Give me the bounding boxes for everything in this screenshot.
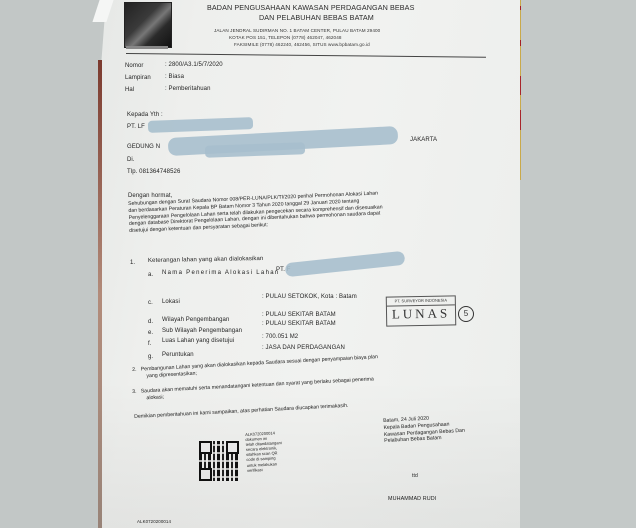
meta-value-hal: : Pemberitahuan — [165, 86, 211, 92]
item-c-key: c. — [148, 300, 153, 306]
item-e-label: Sub Wilayah Pengembangan — [162, 328, 242, 334]
org-name-line1: BADAN PENGUSAHAAN KAWASAN PERDAGANGAN BE… — [207, 3, 414, 12]
address-line3: FAKSIMILE (0778) 462240, 462456, SITUS w… — [234, 42, 370, 47]
background-right — [520, 0, 636, 528]
org-name-line2: DAN PELABUHAN BEBAS BATAM — [259, 13, 374, 22]
item-e-key: e. — [148, 330, 153, 336]
item-f-value: : 700.051 M2 — [262, 334, 298, 340]
item-g-label: Peruntukan — [162, 352, 194, 358]
item-d-key: d. — [148, 319, 153, 325]
recipient-phone: Tlp. 081364748526 — [127, 169, 180, 175]
section2-number: 2. — [132, 367, 137, 373]
item-g-key: g. — [148, 354, 153, 360]
meta-value-nomor: : 2800/A3.1/5/7/2020 — [165, 62, 223, 68]
recipient-to: Kepada Yth : — [127, 112, 163, 118]
item-f-key: f. — [148, 341, 152, 347]
paper-edge-shadow — [98, 60, 102, 528]
item-a-label: Nama Penerima Alokasi Lahan — [162, 270, 279, 276]
recipient-building: GEDUNG N — [127, 144, 160, 150]
meta-label-nomor: Nomor — [125, 63, 144, 69]
background-left — [0, 0, 100, 528]
section1-number: 1. — [130, 260, 135, 266]
item-g-value: : JASA DAN PERDAGANGAN — [262, 345, 345, 351]
item-d-label: Wilayah Pengembangan — [162, 317, 229, 323]
section3-number: 3. — [132, 389, 137, 395]
recipient-city: JAKARTA — [410, 137, 437, 143]
logo-caption — [126, 46, 168, 49]
qr-finder-pattern — [226, 441, 239, 454]
address-line2: KOTAK POS 151, TELEPON (0778) 462047, 46… — [229, 35, 342, 40]
signature-block: Batam, 24 Juli 2020 Kepala Badan Pengusa… — [383, 414, 465, 445]
item-c-value: : PULAU SETOKOK, Kota : Batam — [262, 294, 357, 300]
item-f-label: Luas Lahan yang disetujui — [162, 338, 234, 344]
meta-label-hal: Hal — [125, 87, 134, 93]
bp-batam-logo — [124, 2, 172, 48]
footer-code: ALK0720200014 — [137, 519, 171, 524]
stamp-text: LUNAS — [387, 305, 455, 322]
qr-finder-pattern — [199, 468, 212, 481]
item-e-value: : PULAU SEKITAR BATAM — [262, 321, 336, 327]
qr-finder-pattern — [199, 441, 212, 454]
lunas-stamp: PT. SURVEYOR INDONESIA LUNAS — [386, 295, 457, 326]
recipient-di: Di. — [127, 157, 135, 163]
item-d-value: : PULAU SEKITAR BATAM — [262, 312, 336, 318]
greeting: Dengan hormat, — [128, 193, 172, 199]
recipient-company: PT. LF — [127, 124, 145, 130]
qr-note: ALK0720200014 dokumen ini telah ditandat… — [245, 430, 283, 473]
address-line1: JALAN JENDRAL SUDIRMAN NO. 1 BATAM CENTE… — [214, 28, 380, 33]
ttd-mark: ttd — [412, 473, 418, 479]
stamp-seal: 5 — [458, 306, 474, 322]
meta-value-lampiran: : Biasa — [165, 74, 184, 80]
signer-name: MUHAMMAD RUDI — [388, 496, 436, 502]
item-a-key: a. — [148, 272, 153, 278]
item-c-label: Lokasi — [162, 299, 180, 305]
meta-label-lampiran: Lampiran — [125, 75, 151, 81]
